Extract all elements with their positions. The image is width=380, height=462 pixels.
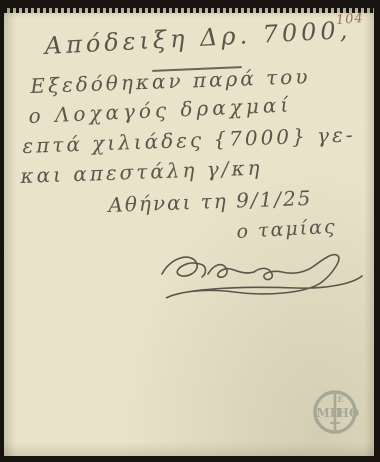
stamp-letters-right: ΗΘ — [338, 406, 360, 420]
handwritten-line-5: και απεστάλη γ/κη — [20, 156, 263, 188]
handwritten-line-3: ο Λοχαγός δραχμαί — [28, 92, 293, 127]
scanned-document: 104 Απόδειξη Δρ. 7000, Εξεδόθηκαν παρά τ… — [0, 0, 380, 462]
handwritten-line-1: Απόδειξη Δρ. 7000, — [44, 16, 352, 60]
handwritten-role-line: ο ταμίας — [236, 216, 337, 243]
archive-stamp: ΜΠ ΗΘ Ε — [310, 387, 360, 437]
signature-scribble — [156, 244, 368, 308]
stamp-emblem-icon: ΜΠ ΗΘ Ε — [310, 387, 360, 437]
handwritten-line-4: επτά χιλιάδες {7000} γε- — [22, 122, 356, 158]
perforated-edge — [4, 8, 374, 13]
handwritten-date-line: Αθήναι τη 9/1/25 — [108, 186, 313, 217]
paper-sheet: 104 Απόδειξη Δρ. 7000, Εξεδόθηκαν παρά τ… — [4, 8, 374, 456]
stamp-letter-top: Ε — [338, 394, 344, 404]
signature — [156, 244, 368, 308]
